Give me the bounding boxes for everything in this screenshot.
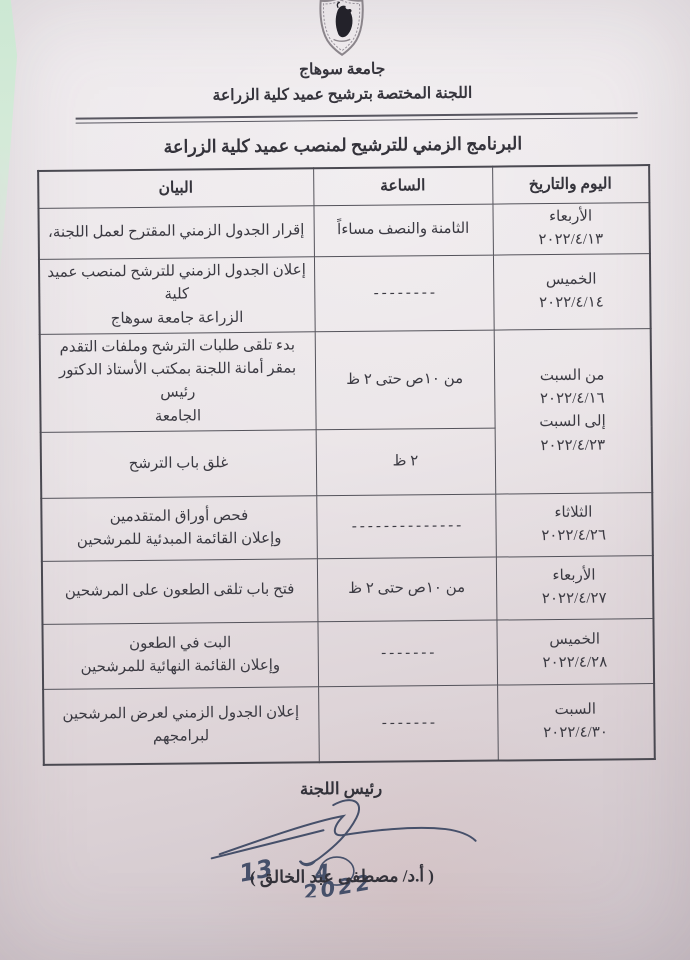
table-row: الخميس ٢٠٢٢/٤/٢٨ ------- البت في الطعون … (42, 618, 654, 689)
document-sheet: جامعة سوهاج اللجنة المختصة بترشيح عميد ك… (0, 0, 690, 960)
cell-day-date: الأربعاء ٢٠٢٢/٤/٢٧ (496, 555, 653, 619)
table-row: الثلاثاء ٢٠٢٢/٤/٢٦ -------------- فحص أو… (41, 492, 653, 561)
cell-statement: فحص أوراق المتقدمين وإعلان القائمة المبد… (41, 496, 317, 562)
table-row: الأربعاء ٢٠٢٢/٤/٢٧ من ١٠ص حتى ٢ ظ فتح با… (41, 555, 653, 624)
cell-time: من ١٠ص حتى ٢ ظ (317, 557, 497, 622)
university-name: جامعة سوهاج (0, 57, 687, 83)
cell-time: ------- (318, 685, 498, 763)
header-divider-rule (76, 112, 638, 123)
cell-time: -------- (314, 255, 494, 331)
cell-day-date-merged: من السبت ٢٠٢٢/٤/١٦ إلى السبت ٢٠٢٢/٤/٢٣ (494, 328, 652, 493)
signature-block: رئيس اللجنة 13 4 2022 ( أ.د/ مصطفى عبد ا… (151, 777, 532, 889)
column-header-time: الساعة (313, 167, 492, 206)
cell-statement: فتح باب تلقى الطعون على المرشحين (41, 559, 317, 625)
cell-time: الثامنة والنصف مساءاً (313, 204, 492, 257)
document-title: البرنامج الزمني للترشيح لمنصب عميد كلية … (0, 132, 688, 160)
cell-time: ------- (317, 620, 497, 687)
cell-day-date: الخميس ٢٠٢٢/٤/٢٨ (496, 618, 653, 684)
cell-day-date: الخميس ٢٠٢٢/٤/١٤ (493, 254, 650, 330)
cell-day-date: الثلاثاء ٢٠٢٢/٤/٢٦ (495, 492, 652, 556)
committee-name: اللجنة المختصة بترشيح عميد كلية الزراعة (0, 82, 687, 108)
cell-time: ٢ ظ (316, 428, 496, 496)
cell-day-date: الأربعاء ٢٠٢٢/٤/١٣ (492, 202, 649, 255)
table-row: الأربعاء ٢٠٢٢/٤/١٣ الثامنة والنصف مساءاً… (38, 202, 649, 259)
column-header-statement: البيان (38, 168, 314, 208)
committee-chair-name: ( أ.د/ مصطفى عبد الخالق ) (152, 865, 532, 889)
table-header-row: اليوم والتاريخ الساعة البيان (38, 165, 649, 208)
cell-statement: بدء تلقى طلبات الترشح وملفات التقدم بمقر… (39, 332, 315, 433)
cell-statement: إعلان الجدول الزمني للترشح لمنصب عميد كل… (38, 257, 314, 334)
cell-time: من ١٠ص حتى ٢ ظ (315, 330, 495, 430)
scanned-document-photo: جامعة سوهاج اللجنة المختصة بترشيح عميد ك… (0, 0, 690, 960)
table-row: من السبت ٢٠٢٢/٤/١٦ إلى السبت ٢٠٢٢/٤/٢٣ م… (39, 328, 651, 432)
cell-statement: البت في الطعون وإعلان القائمة النهائية ل… (42, 622, 318, 690)
cell-day-date: السبت ٢٠٢٢/٤/٣٠ (497, 683, 654, 760)
schedule-table: اليوم والتاريخ الساعة البيان الأربعاء ٢٠… (37, 164, 656, 766)
table-row: الخميس ٢٠٢٢/٤/١٤ -------- إعلان الجدول ا… (38, 254, 650, 335)
cell-statement: غلق باب الترشح (40, 430, 316, 499)
cell-statement: إعلان الجدول الزمني لعرض المرشحين لبرامج… (43, 687, 319, 766)
cell-statement: إقرار الجدول الزمني المقترح لعمل اللجنة، (38, 205, 314, 259)
column-header-day-date: اليوم والتاريخ (492, 165, 649, 204)
cell-time: -------------- (316, 494, 496, 559)
table-row: السبت ٢٠٢٢/٤/٣٠ ------- إعلان الجدول الز… (43, 683, 655, 765)
sohag-university-emblem-icon (316, 0, 367, 57)
